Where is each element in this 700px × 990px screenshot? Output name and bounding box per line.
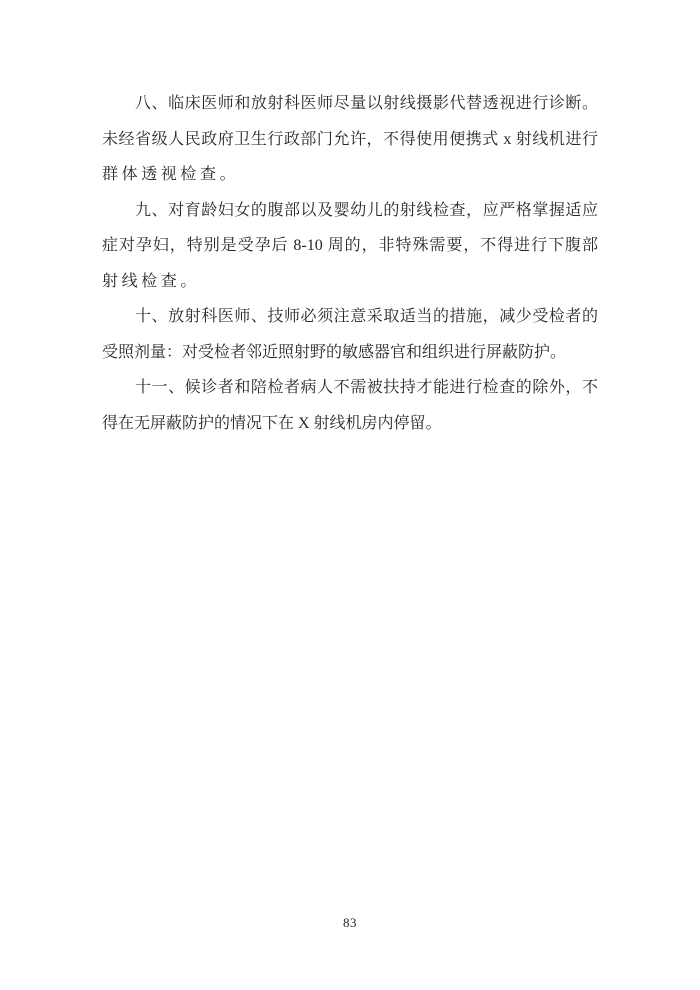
paragraph-line: 症对孕妇，特别是受孕后 8-10 周的，非特殊需要，不得进行下腹部 [102, 228, 598, 264]
page-number: 83 [0, 915, 700, 931]
paragraph-line: 十一、候诊者和陪检者病人不需被扶持才能进行检查的除外，不 [102, 370, 598, 406]
paragraph-line: 得在无屏蔽防护的情况下在 X 射线机房内停留。 [102, 406, 598, 442]
document-page: 八、临床医师和放射科医师尽量以射线摄影代替透视进行诊断。 未经省级人民政府卫生行… [0, 0, 700, 990]
paragraph-line: 射线检查。 [102, 264, 598, 300]
paragraph-line: 八、临床医师和放射科医师尽量以射线摄影代替透视进行诊断。 [102, 86, 598, 122]
paragraph-line: 九、对育龄妇女的腹部以及婴幼儿的射线检查，应严格掌握适应 [102, 193, 598, 229]
paragraph-line: 群体透视检查。 [102, 157, 598, 193]
document-body: 八、临床医师和放射科医师尽量以射线摄影代替透视进行诊断。 未经省级人民政府卫生行… [102, 86, 598, 441]
paragraph-line: 十、放射科医师、技师必须注意采取适当的措施，减少受检者的 [102, 299, 598, 335]
paragraph-line: 受照剂量：对受检者邻近照射野的敏感器官和组织进行屏蔽防护。 [102, 335, 598, 371]
paragraph-line: 未经省级人民政府卫生行政部门允许，不得使用便携式 x 射线机进行 [102, 122, 598, 158]
